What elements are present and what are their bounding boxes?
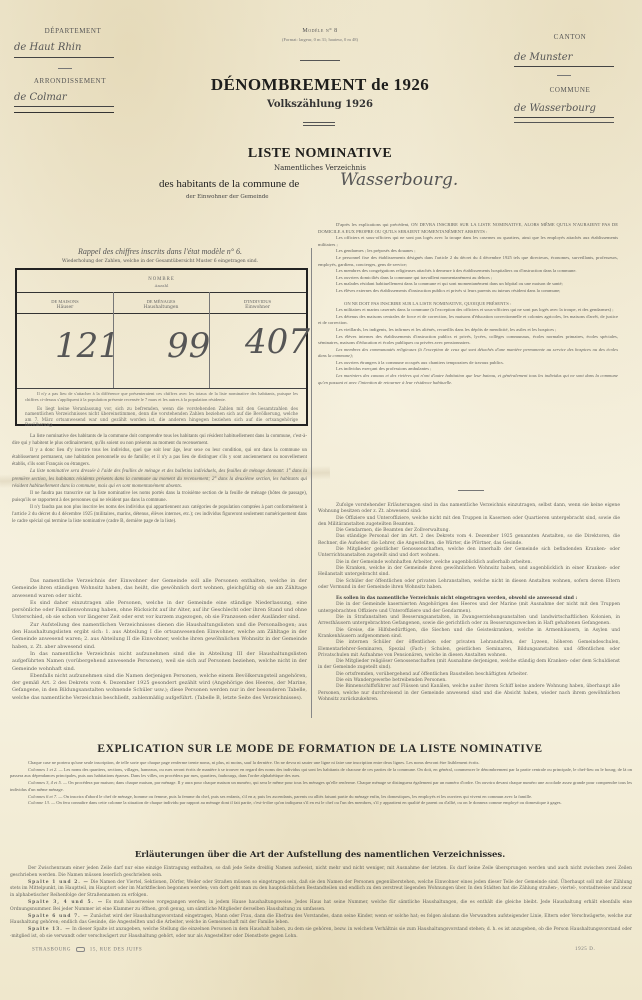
divider: [303, 125, 335, 126]
explication-title: EXPLICATION SUR LE MODE DE FORMATION DE …: [40, 743, 600, 755]
rappel-title-de: Wiederholung der Zahlen, welche in der G…: [20, 259, 300, 264]
departement-line: [14, 57, 114, 58]
printer-city: STRASBOURG: [32, 948, 71, 953]
canton-value: de Munster: [514, 52, 572, 63]
nombre-header-de: Anzahl: [17, 283, 306, 288]
erlaeuterungen-text: Der Zwischenraum einer jeden Zeile darf …: [10, 866, 632, 941]
arrondissement-line: [14, 106, 114, 107]
count-maisons: 121: [55, 326, 120, 366]
commune-label: Commune: [525, 86, 615, 94]
form-code: 1925 D.: [575, 947, 595, 952]
commune-value: de Wasserbourg: [514, 103, 596, 114]
rappel-title: Rappel des chiffres inscrits dans l'état…: [20, 247, 300, 256]
column-divider: [311, 248, 312, 718]
departement-value: de Haut Rhin: [14, 42, 81, 53]
census-document-page: Département de Haut Rhin Arrondissement …: [0, 0, 642, 1000]
col-head-individus: D'INDIVIDUS Einwohner: [209, 299, 306, 310]
liste-title: LISTE NOMINATIVE: [220, 146, 420, 162]
commune-line-label: des habitants de la commune de: [159, 178, 299, 190]
commune-name-handwritten: Wasserbourg.: [340, 170, 458, 190]
divider: [303, 122, 335, 123]
divider: [557, 75, 571, 76]
page-subtitle-de: Volkszählung 1926: [220, 99, 420, 110]
col-head-maisons: DE MAISONS Häuser: [17, 299, 113, 310]
canton-label: Canton: [530, 33, 610, 41]
commune-line: [514, 117, 614, 118]
table-rule: [17, 313, 306, 314]
commune-line-label-de: der Einwohner der Gemeinde: [186, 194, 269, 200]
printer-logo-icon: [76, 947, 85, 952]
erlaeuterungen-title: Erläuterungen über die Art der Aufstellu…: [80, 850, 560, 860]
count-menages: 99: [167, 326, 210, 366]
arrondissement-label: Arrondissement: [20, 77, 120, 85]
divider: [458, 490, 484, 491]
col-head-menages: DE MÉNAGES Haushaltungen: [113, 299, 209, 310]
divider: [300, 60, 340, 61]
departement-label: Département: [28, 27, 118, 35]
explication-text: Chaque case ne portera qu'une seule insc…: [10, 760, 632, 807]
right-instructions-fr: D'après les explications qui précèdent, …: [318, 222, 618, 386]
rappel-note-de: Es liegt keine Veranlassung vor, sich zu…: [25, 406, 298, 428]
count-individus: 407: [245, 322, 310, 362]
arrondissement-value: de Colmar: [14, 92, 67, 103]
printer-address: 15, RUE DES JUIFS: [90, 948, 142, 953]
divider: [514, 122, 614, 123]
format-note: (Format: largeur, 0 m 31; hauteur, 0 m 4…: [220, 37, 420, 42]
nombre-header: NOMBRE: [17, 277, 306, 282]
printer-footer: STRASBOURG 15, RUE DES JUIFS: [32, 947, 142, 953]
left-instructions-fr: La liste nominative des habitants de la …: [12, 433, 307, 525]
right-instructions-de: Zufolge vorstehender Erläuterungen sind …: [318, 503, 620, 703]
divider: [14, 112, 114, 113]
modele-number: Modèle n° 8: [230, 28, 410, 34]
page-title: DÉNOMBREMENT de 1926: [170, 75, 470, 95]
left-instructions-de: Das namentliche Verzeichnis der Einwohne…: [12, 578, 307, 702]
canton-line: [514, 66, 614, 67]
rappel-note-fr: Il n'y a pas lieu de s'attacher à la dif…: [25, 391, 298, 403]
table-rule: [17, 388, 306, 389]
divider: [58, 68, 72, 69]
rappel-table: NOMBRE Anzahl DE MAISONS Häuser DE MÉNAG…: [15, 268, 308, 426]
table-rule: [17, 292, 306, 293]
